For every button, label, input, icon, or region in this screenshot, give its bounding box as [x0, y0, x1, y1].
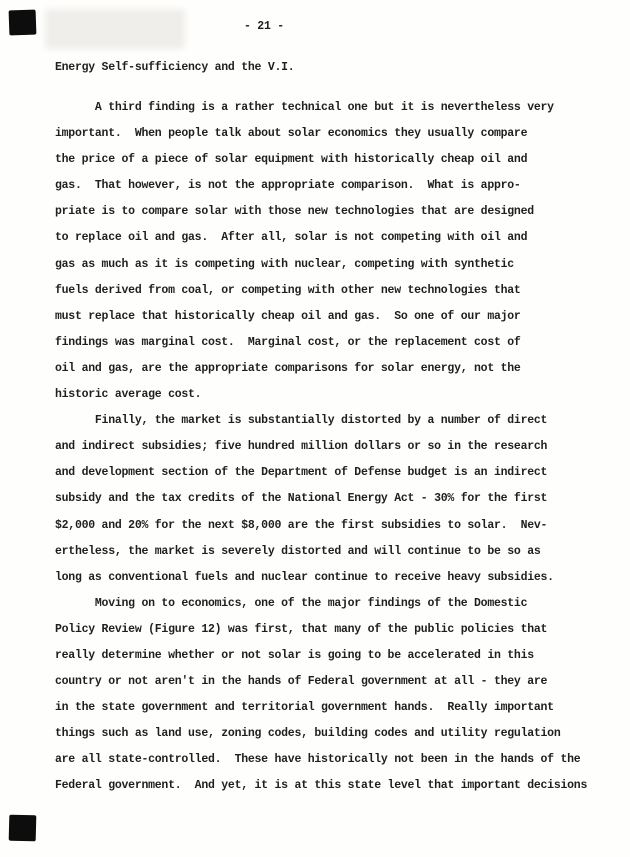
- body-line: important. When people talk about solar …: [55, 121, 610, 147]
- scan-mark-bottom-left: [9, 815, 37, 842]
- body-line: Policy Review (Figure 12) was first, tha…: [55, 617, 610, 643]
- body-line: things such as land use, zoning codes, b…: [55, 721, 610, 747]
- body-line: subsidy and the tax credits of the Natio…: [55, 486, 610, 512]
- body-line: priate is to compare solar with those ne…: [55, 199, 610, 225]
- body-line: gas. That however, is not the appropriat…: [55, 173, 610, 199]
- section-heading: Energy Self-sufficiency and the V.I.: [55, 61, 294, 74]
- scan-smudge-artifact: [45, 9, 185, 49]
- body-line: and development section of the Departmen…: [55, 460, 610, 486]
- body-line: Moving on to economics, one of the major…: [55, 591, 610, 617]
- body-line: to replace oil and gas. After all, solar…: [55, 225, 610, 251]
- page-number: - 21 -: [244, 20, 284, 33]
- body-line: Federal government. And yet, it is at th…: [55, 773, 610, 799]
- scan-mark-top-left: [9, 10, 37, 36]
- body-line: A third finding is a rather technical on…: [55, 95, 610, 121]
- body-line: oil and gas, are the appropriate compari…: [55, 356, 610, 382]
- body-line: ertheless, the market is severely distor…: [55, 539, 610, 565]
- body-line: gas as much as it is competing with nucl…: [55, 252, 610, 278]
- body-line: historic average cost.: [55, 382, 610, 408]
- body-line: really determine whether or not solar is…: [55, 643, 610, 669]
- body-line: long as conventional fuels and nuclear c…: [55, 565, 610, 591]
- body-line: and indirect subsidies; five hundred mil…: [55, 434, 610, 460]
- body-line: are all state-controlled. These have his…: [55, 747, 610, 773]
- body-line: findings was marginal cost. Marginal cos…: [55, 330, 610, 356]
- body-line: must replace that historically cheap oil…: [55, 304, 610, 330]
- document-page: - 21 - Energy Self-sufficiency and the V…: [0, 0, 630, 857]
- document-body: A third finding is a rather technical on…: [55, 95, 610, 800]
- body-line: $2,000 and 20% for the next $8,000 are t…: [55, 513, 610, 539]
- body-line: country or not aren't in the hands of Fe…: [55, 669, 610, 695]
- body-line: fuels derived from coal, or competing wi…: [55, 278, 610, 304]
- body-line: in the state government and territorial …: [55, 695, 610, 721]
- body-line: Finally, the market is substantially dis…: [55, 408, 610, 434]
- body-line: the price of a piece of solar equipment …: [55, 147, 610, 173]
